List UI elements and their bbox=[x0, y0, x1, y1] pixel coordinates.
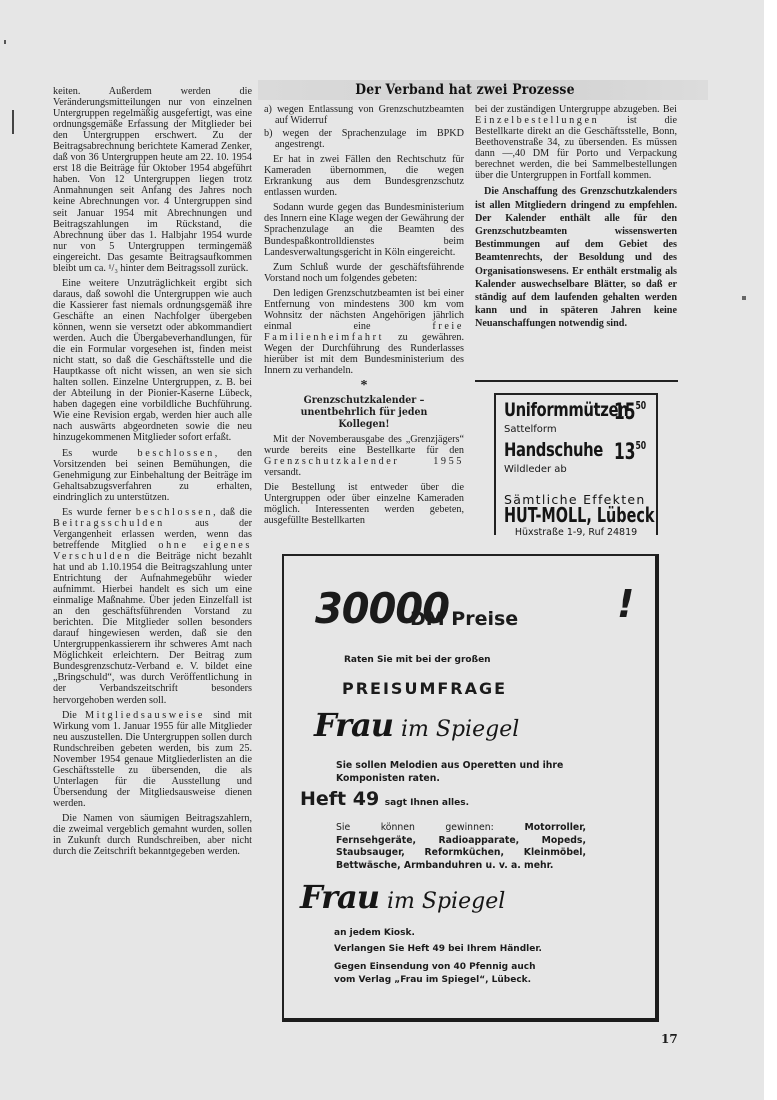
paragraph: Den ledigen Grenzschutzbeamten ist bei e… bbox=[264, 288, 464, 376]
advertisement-hut-moll: Uniformmützen Sattelform 1550 Handschuhe… bbox=[494, 393, 658, 535]
ad-item-name: Handschuhe bbox=[504, 439, 603, 461]
emphasis: beschlossen bbox=[138, 448, 215, 459]
paragraph: Die Namen von säumigen Beitragszahlern, … bbox=[53, 813, 252, 857]
ad-intro: Raten Sie mit bei der großen bbox=[344, 655, 491, 665]
paragraph: keiten. Außerdem werden die Veränderungs… bbox=[53, 86, 252, 274]
emphasis: beschlossen bbox=[136, 507, 213, 518]
page-number: 17 bbox=[661, 1032, 678, 1046]
article-column-2: a) wegen Entlassung von Grenzschutzbeamt… bbox=[264, 104, 464, 531]
paragraph: bei der zuständigen Untergruppe abzugebe… bbox=[475, 104, 677, 181]
article-headline: Der Verband hat zwei Prozesse bbox=[275, 80, 656, 100]
ad-dealer: Verlangen Sie Heft 49 bei Ihrem Händler. bbox=[334, 944, 542, 954]
paragraph: Es wurde beschlossen, den Vorsitzenden b… bbox=[53, 448, 252, 503]
list-item: a) wegen Entlassung von Grenzschutzbeamt… bbox=[264, 104, 464, 126]
paragraph: Die Bestellung ist entweder über die Unt… bbox=[264, 482, 464, 526]
ad-item-detail: Wildleder ab bbox=[504, 464, 567, 475]
ad-item-price: 1350 bbox=[614, 439, 646, 465]
ad-prize-list: Sie können gewinnen: Motorroller, Fernse… bbox=[336, 822, 586, 872]
paragraph: Er hat in zwei Fällen den Rechtschutz fü… bbox=[264, 154, 464, 198]
ad-item-price: 1550 bbox=[614, 399, 646, 425]
ad-task: Sie sollen Melodien aus Operetten und ih… bbox=[336, 759, 563, 785]
emphasis: Mitgliedsausweise bbox=[85, 710, 205, 721]
paragraph: Es wurde ferner beschlossen, daß die Bei… bbox=[53, 507, 252, 706]
brand-logo-frau-im-spiegel: Frauim Spiegel bbox=[300, 878, 505, 916]
brand-logo-frau-im-spiegel: Frauim Spiegel bbox=[314, 706, 519, 744]
ad-issue-line: Heft 49 sagt Ihnen alles. bbox=[300, 788, 469, 810]
emphasis: Beitragsschulden bbox=[53, 518, 165, 529]
ad-item-detail: Sattelform bbox=[504, 424, 557, 435]
scan-mark bbox=[4, 40, 6, 44]
paragraph: Die Mitgliedsausweise sind mit Wirkung v… bbox=[53, 710, 252, 809]
section-separator: * bbox=[264, 380, 464, 391]
emphasis: Einzelbestellungen bbox=[475, 115, 599, 126]
paragraph: Zum Schluß wurde der geschäftsführende V… bbox=[264, 262, 464, 284]
article-column-3: bei der zuständigen Untergruppe abzugebe… bbox=[475, 104, 677, 335]
list-item: b) wegen der Sprachenzulage im BPKD ange… bbox=[264, 128, 464, 150]
paragraph: Sodann wurde gegen das Bundesministerium… bbox=[264, 202, 464, 257]
bold-paragraph: Die Anschaffung des Grenzschutzkalenders… bbox=[475, 185, 677, 330]
advertisement-frau-im-spiegel: 30000 DM Preise ! Raten Sie mit bei der … bbox=[282, 554, 659, 1022]
ad-company-name: HUT-MOLL, Lübeck bbox=[504, 503, 654, 527]
ad-prize-label: DM Preise bbox=[410, 608, 518, 630]
ad-item-name: Uniformmützen bbox=[504, 399, 628, 421]
ad-headline: PREISUMFRAGE bbox=[342, 679, 507, 698]
emphasis: Grenzschutzkalender 1955 bbox=[264, 456, 464, 467]
exclamation-mark: ! bbox=[617, 582, 634, 626]
scan-mark bbox=[12, 110, 14, 134]
paragraph: Eine weitere Unzuträglichkeit ergibt sic… bbox=[53, 278, 252, 444]
paragraph: Mit der Novemberausgabe des „Grenzjägers… bbox=[264, 434, 464, 478]
section-subheading: Grenzschutzkalender – unentbehrlich für … bbox=[274, 394, 454, 430]
article-column-1: keiten. Außerdem werden die Veränderungs… bbox=[53, 86, 252, 861]
scan-mark bbox=[742, 296, 746, 300]
horizontal-rule bbox=[475, 380, 678, 382]
ad-address: Hüxstraße 1-9, Ruf 24819 bbox=[496, 527, 656, 538]
ad-mail-order: Gegen Einsendung von 40 Pfennig auch vom… bbox=[334, 961, 535, 987]
ad-kiosk: an jedem Kiosk. bbox=[334, 928, 415, 938]
